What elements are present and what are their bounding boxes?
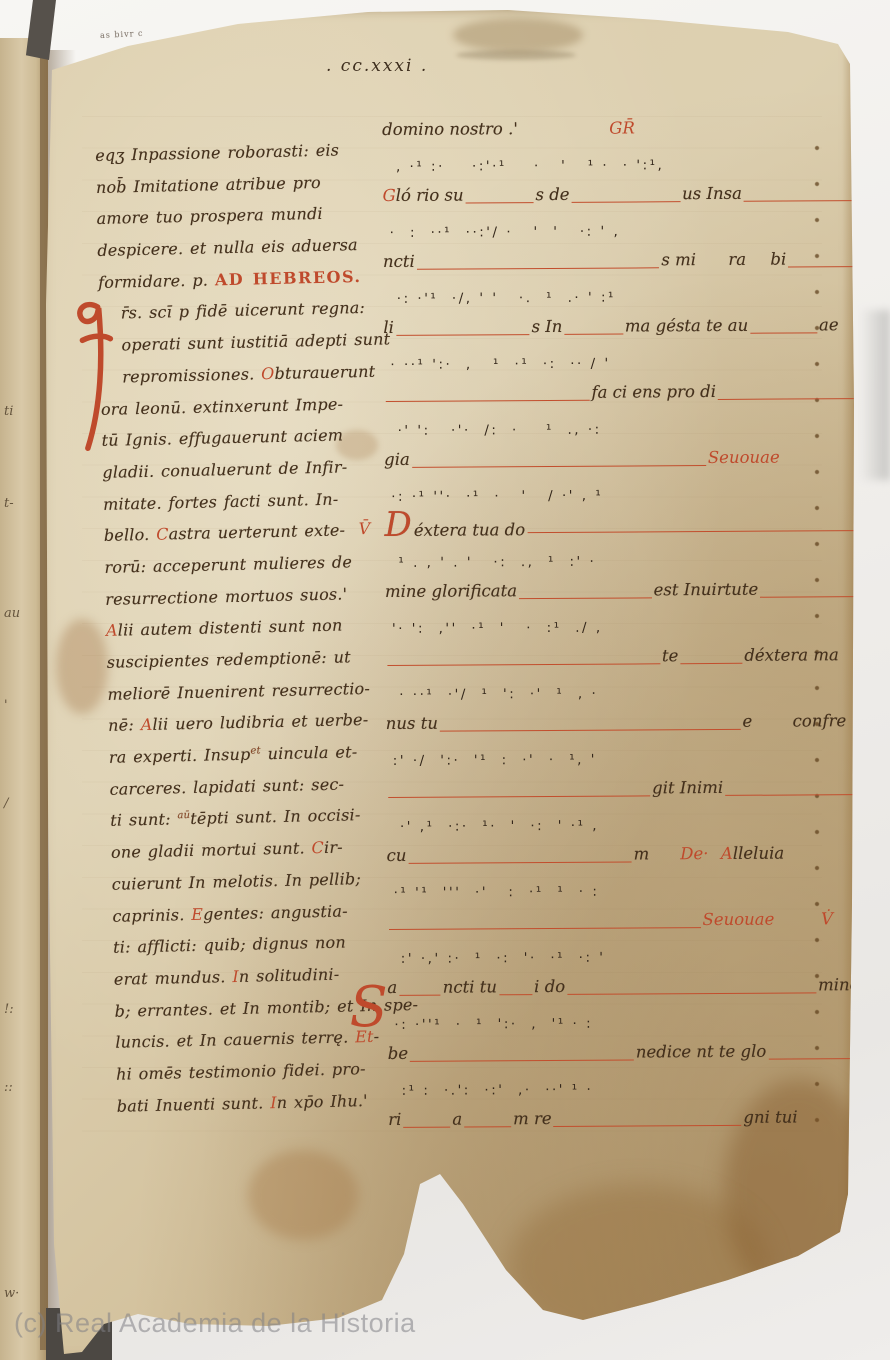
chant-text-line: SeuouaeV̇ xyxy=(387,909,859,936)
red-extender-line xyxy=(725,794,856,796)
text-segment: formidare. p. xyxy=(98,270,215,292)
text-segment: ora leonū. extinxerunt Impe- xyxy=(101,394,344,418)
chant-text: s de xyxy=(535,185,569,204)
neumes: , ·¹ :· ·:'·¹ · ' ¹ · · ':¹, xyxy=(382,149,854,186)
red-extender-line xyxy=(788,266,853,267)
spacer xyxy=(518,134,609,135)
red-extender-line xyxy=(412,465,706,468)
music-line: :¹ : ·.': ·:' ,· ··' ¹ ·riam regni tui xyxy=(388,1065,860,1134)
red-extender-line xyxy=(519,597,652,599)
chant-text: est Inuirtute xyxy=(653,580,758,600)
chant-text: nedice nt te glo xyxy=(636,1042,767,1062)
text-segment: tēpti sunt. In occisi- xyxy=(190,806,361,829)
chant-text: gia xyxy=(384,450,410,469)
chant-text: ncti xyxy=(383,252,415,271)
facing-page-fragment: / xyxy=(4,796,8,811)
chant-text: nus tu xyxy=(386,714,438,733)
chant-text: cu xyxy=(387,846,407,865)
text-segment: gentes: angustia- xyxy=(203,901,348,923)
text-segment: resurrectione mortuos suos.' xyxy=(105,584,347,608)
music-line: , ·¹ :· ·:'·¹ · ' ¹ · · ':¹,Gló rio sus … xyxy=(382,141,854,210)
red-margin-mark: V̄ xyxy=(359,519,371,538)
neumes: ·¹ '¹ ''' ·' : ·¹ ¹ · : xyxy=(387,875,859,912)
music-column: domino nostro .'GR̄ , ·¹ :· ·:'·¹ · ' ¹ … xyxy=(382,105,860,1134)
neumes: :' ·/ ':· '¹ : ·' · ¹, ' xyxy=(386,743,858,780)
music-line: ¹ . , ' . ' ·: ., ¹ :' ·mine glorificata… xyxy=(385,537,857,606)
chant-text: be xyxy=(388,1044,408,1063)
copyright-watermark: (c) Real Academia de la Historia xyxy=(14,1308,416,1339)
red-chant-text: V̇ xyxy=(821,909,833,928)
red-extender-line xyxy=(464,1126,511,1127)
neumes: '· ': ,'' ·¹ ' · :¹ ./ , xyxy=(385,611,857,648)
chant-text: i do xyxy=(534,977,565,996)
text-segment: astra uerterunt exte- xyxy=(168,521,345,544)
text-segment: mitate. fortes facti sunt. In- xyxy=(103,489,339,513)
facing-page-fragment: :: xyxy=(4,1080,13,1095)
text-segment: lii autem distenti sunt non xyxy=(118,616,343,640)
text-segment: n solitudini- xyxy=(239,965,340,986)
spacer xyxy=(635,132,854,133)
red-extender-line xyxy=(499,994,532,995)
chant-text-line: giaSeuouae xyxy=(384,447,856,474)
red-chant-text: A xyxy=(721,844,733,863)
spine-inscription: as bivr c xyxy=(100,29,144,40)
red-extender-line xyxy=(466,202,534,203)
chant-text-line: Déxtera tua do xyxy=(384,513,856,540)
chant-text-line: domino nostro .'GR̄ xyxy=(382,117,854,144)
red-initial: C xyxy=(156,525,169,544)
folio-number: . cc.xxxi . xyxy=(326,56,428,76)
chant-text: mine xyxy=(818,975,859,994)
music-line: ·: ·''¹ · ¹ ':· , '¹ · :benedice nt te g… xyxy=(387,999,859,1068)
parchment-stain xyxy=(248,1150,358,1240)
chant-text: ae xyxy=(819,315,839,334)
neumes: · ··¹ ·'/ ¹ ': ·' ¹ , · xyxy=(385,677,857,714)
neumes: ·' ,¹ ·:· ¹· ' ·: ' ·¹ , xyxy=(386,809,858,846)
red-extender-line xyxy=(396,334,530,336)
red-extender-line xyxy=(768,1058,858,1060)
text-segment: tū Ignis. effugauerunt aciem xyxy=(101,426,343,450)
red-extender-line xyxy=(750,332,817,333)
chant-text: ncti tu xyxy=(443,977,497,996)
chant-text: bi xyxy=(770,250,786,269)
text-segment: nob̄ Imitatione atribue pro xyxy=(96,173,321,197)
red-initial: O xyxy=(261,364,275,383)
chant-text: e xyxy=(742,712,752,731)
text-segment: n xp̄o Ihu.' xyxy=(277,1091,368,1112)
chant-text-line: benedice nt te glo xyxy=(388,1041,860,1068)
music-line: · ··¹ ':· , ¹ ·¹ ·: ·· / 'fa ci ens pro … xyxy=(383,339,855,408)
neumes: ·: ·'¹ ·/, ' ' ·. ¹ .· ' :¹ xyxy=(383,281,855,318)
neumes: ·: ·''¹ · ¹ ':· , '¹ · : xyxy=(388,1007,860,1044)
red-extender-line xyxy=(417,267,660,269)
chant-text-line: nus tueconfre xyxy=(386,711,858,738)
chant-text: ma gésta te au xyxy=(625,316,748,336)
chant-text: gni tui xyxy=(743,1107,797,1126)
text-segment: bati Inuenti sunt. xyxy=(117,1093,271,1115)
red-chant-text: Seuouae xyxy=(702,910,774,929)
red-chant-text: G xyxy=(382,186,395,205)
chant-text: a xyxy=(452,1110,462,1129)
red-extender-line xyxy=(440,729,740,732)
neumes: ¹ . , ' . ' ·: ., ¹ :' · xyxy=(385,545,857,582)
facing-page-fragment: !: xyxy=(4,1002,14,1017)
chant-text: m xyxy=(634,844,650,863)
text-segment: luncis. et In cauernis terrę. xyxy=(115,1028,355,1052)
text-segment: erat mundus. xyxy=(114,967,233,989)
chant-text-line: nctis mirabi xyxy=(383,249,855,276)
text-segment: bello. xyxy=(104,525,157,545)
chant-text-line: mine glorificataest Inuirtute xyxy=(385,579,857,606)
text-segment: ra experti. Insup xyxy=(109,745,251,767)
chant-text: li xyxy=(383,318,394,337)
red-extender-line xyxy=(527,530,854,533)
chant-text: éxtera tua do xyxy=(414,520,525,540)
latin-text-line: bati Inuenti sunt. In xp̄o Ihu.' xyxy=(117,1090,410,1128)
interlinear-gloss: aū xyxy=(177,810,190,821)
red-initial-F xyxy=(70,298,116,463)
music-line: domino nostro .'GR̄ xyxy=(382,105,854,144)
chant-text: mine glorificata xyxy=(385,581,517,601)
red-extender-line xyxy=(389,927,701,930)
red-extender-line xyxy=(567,992,816,995)
chant-text: te xyxy=(662,646,679,665)
neumes: :' ·,' :· ¹ ·: '· ·¹ ·: ' xyxy=(387,941,859,978)
chant-text-line: ancti tui domine xyxy=(387,975,859,1002)
chant-text: git Inimi xyxy=(652,778,723,797)
neumes: :¹ : ·.': ·:' ,· ··' ¹ · xyxy=(388,1073,860,1110)
text-segment: lii uero ludibria et uerbe- xyxy=(152,710,368,734)
top-edge-smudge xyxy=(456,50,576,60)
music-line: '· ': ,'' ·¹ ' · :¹ ./ ,tedéxtera ma xyxy=(385,603,857,672)
red-extender-line xyxy=(572,201,681,203)
red-extender-line xyxy=(564,334,622,335)
text-segment: nē: xyxy=(108,715,141,735)
interlinear-gloss: et xyxy=(250,745,261,756)
red-extender-line xyxy=(386,400,590,402)
facing-page-fragment: ' xyxy=(4,698,8,713)
red-extender-line xyxy=(718,398,854,400)
music-line: ·¹ '¹ ''' ·' : ·¹ ¹ · :SeuouaeV̇ xyxy=(387,867,859,936)
music-line: · ··¹ ·'/ ¹ ': ·' ¹ , ·nus tueconfre xyxy=(385,669,857,738)
music-line: ·' ': ·'· /: · ¹ ., ·:giaSeuouae xyxy=(384,405,856,474)
neumes: ·: ·¹ ''· ·¹ · ' / ·' , ¹ xyxy=(384,479,856,516)
red-initial: S xyxy=(349,988,388,1028)
red-extender-line xyxy=(744,200,853,202)
chant-text: us Insa xyxy=(682,184,742,203)
red-extender-line xyxy=(554,1125,742,1127)
chant-text: fa ci ens pro di xyxy=(591,382,716,402)
text-segment: carceres. lapidati sunt: sec- xyxy=(109,774,344,798)
text-segment: bturauerunt xyxy=(274,362,375,383)
facing-page-fragment: t- xyxy=(4,496,14,511)
red-extender-line xyxy=(388,795,650,798)
facing-page-fragment: ti xyxy=(4,404,13,419)
red-extender-line xyxy=(399,995,440,996)
manuscript-photo: tit-au'/!:::w· . cc.xxxi . eqʒ Inpassion… xyxy=(0,0,890,1360)
chant-text: m re xyxy=(513,1109,552,1128)
chant-text: a xyxy=(387,978,397,997)
facing-page-fragment: au xyxy=(4,606,20,621)
text-segment: caprinis. xyxy=(112,905,191,926)
music-line: ·' ,¹ ·:· ¹· ' ·: ' ·¹ ,cumDe·Alleluia xyxy=(386,801,858,870)
music-line: ·: ·'¹ ·/, ' ' ·. ¹ .· ' :¹lis Inma gést… xyxy=(383,273,855,342)
red-initial: A xyxy=(140,715,152,734)
background-shading xyxy=(860,310,890,480)
chant-text-line: Gló rio sus deus Insa xyxy=(382,183,854,210)
music-line: V̄ ·: ·¹ ''· ·¹ · ' / ·' , ¹Déxtera tua … xyxy=(384,471,856,540)
chant-text: ló rio su xyxy=(396,186,464,205)
red-extender-line xyxy=(403,1127,450,1128)
neumes: · : ··¹ ··:'/ · ' ' ·: ' , xyxy=(383,215,855,252)
text-segment: one gladii mortui sunt. xyxy=(111,838,312,862)
chant-text: ra xyxy=(728,250,746,269)
music-line: S :' ·,' :· ¹ ·: '· ·¹ ·: 'ancti tui dom… xyxy=(387,933,859,1002)
music-line: :' ·/ ':· '¹ : ·' · ¹, 'git Inimi xyxy=(386,735,858,804)
facing-page-fragment: w· xyxy=(4,1286,19,1301)
chant-text-line: cumDe·Alleluia xyxy=(387,843,859,870)
chant-text: domino nostro .' xyxy=(382,119,518,139)
chant-text-line: tedéxtera ma xyxy=(385,645,857,672)
chant-text-line: lis Inma gésta te auae xyxy=(383,315,855,342)
chant-text-line: fa ci ens pro di xyxy=(384,381,856,408)
red-extender-line xyxy=(408,861,631,863)
red-chant-text: De· xyxy=(680,844,708,863)
neumes: ·' ': ·'· /: · ¹ ., ·: xyxy=(384,413,856,450)
parchment-stain xyxy=(508,1184,768,1349)
text-segment: ti: afflicti: quib; dignus non xyxy=(113,933,346,957)
chant-text: confre xyxy=(793,711,847,730)
red-initial: C xyxy=(311,838,324,857)
red-chant-text: Seuouae xyxy=(708,448,780,467)
red-chant-text: GR̄ xyxy=(609,118,635,137)
red-extender-line xyxy=(760,596,855,598)
red-initial: E xyxy=(191,904,203,923)
red-initial: A xyxy=(106,621,118,640)
text-segment: ti sunt: xyxy=(110,810,178,831)
chant-text: ri xyxy=(388,1110,401,1129)
parchment-stain xyxy=(453,18,583,52)
music-line: · : ··¹ ··:'/ · ' ' ·: ' ,nctis mirabi xyxy=(383,207,855,276)
chant-text: s mi xyxy=(661,250,696,269)
neumes: · ··¹ ':· , ¹ ·¹ ·: ·· / ' xyxy=(383,347,855,384)
text-segment: ir- xyxy=(324,838,343,857)
text-segment: uincula et- xyxy=(261,742,358,763)
text-segment: amore tuo prospera mundi xyxy=(96,204,323,228)
red-extender-line xyxy=(387,663,660,666)
chant-text: déxtera ma xyxy=(744,645,839,665)
red-initial: D xyxy=(384,516,411,534)
chant-text: s In xyxy=(531,317,562,336)
chant-text-line: git Inimi xyxy=(386,777,858,804)
chant-text: lleluia xyxy=(733,844,784,863)
manuscript-page: . cc.xxxi . eqʒ Inpassione roborasti: ei… xyxy=(38,4,862,1360)
red-extender-line xyxy=(410,1059,634,1061)
chant-text-line: riam regni tui xyxy=(388,1107,860,1134)
text-segment: repromissiones. xyxy=(122,364,261,386)
red-extender-line xyxy=(680,663,742,664)
rubric: AD HEBREOS. xyxy=(215,267,362,289)
